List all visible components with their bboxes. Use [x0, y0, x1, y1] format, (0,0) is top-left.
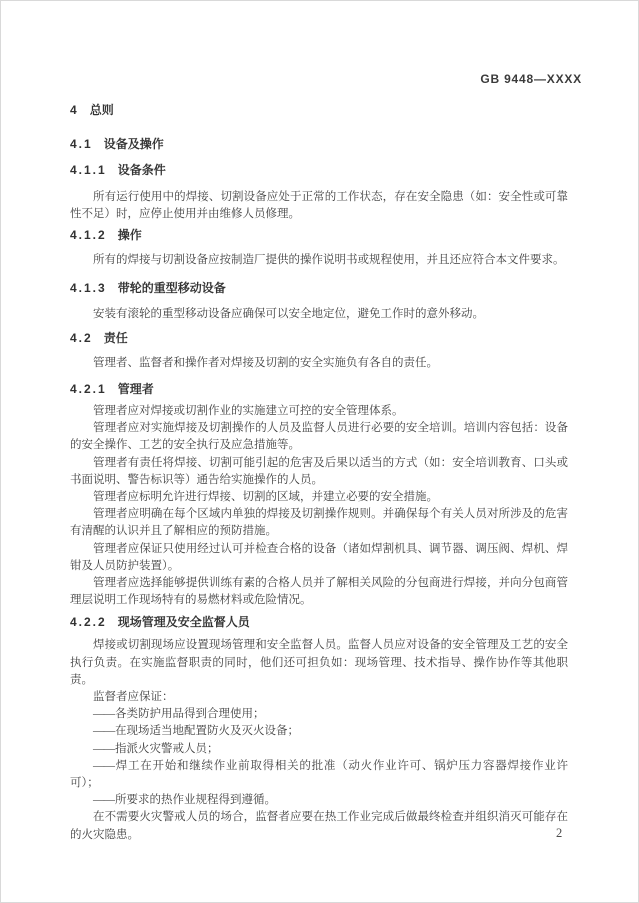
clause-heading-4-2: 4.2责任 — [70, 330, 568, 347]
paragraph: 焊接或切割现场应设置现场管理和安全监督人员。监督人员应对设备的安全管理及工艺的安… — [70, 637, 568, 689]
em-dash: —— — [93, 794, 114, 806]
clause-heading-4-2-2: 4.2.2现场管理及安全监督人员 — [70, 614, 568, 631]
paragraph: 在不需要火灾警戒人员的场合，监督者应要在热工作业完成后做最终检查并组织消灭可能存… — [70, 809, 568, 843]
paragraph: 管理者应明确在每个区域内单独的焊接及切割操作规则。并确保每个有关人员对所涉及的危… — [70, 506, 568, 540]
paragraph: 管理者应对焊接或切割作业的实施建立可控的安全管理体系。 — [70, 403, 568, 420]
clause-title: 设备条件 — [118, 163, 166, 177]
clause-title: 带轮的重型移动设备 — [118, 281, 226, 295]
em-dash: —— — [93, 708, 114, 720]
dash-list-item-text: 各类防护用品得到合理使用； — [115, 708, 265, 720]
clause-title: 操作 — [118, 228, 142, 242]
dash-list-item: ——所要求的热作业规程得到遵循。 — [70, 792, 568, 809]
clause-number: 4.1.2 — [70, 228, 107, 242]
paragraph: 管理者、监督者和操作者对焊接及切割的安全实施负有各自的责任。 — [70, 355, 568, 372]
page-body: 4总则 4.1设备及操作 4.1.1设备条件 所有运行使用中的焊接、切割设备应处… — [70, 0, 568, 844]
clause-title: 总则 — [90, 103, 114, 117]
paragraph: 管理者应保证只使用经过认可并检查合格的设备（诸如焊割机具、调节器、调压阀、焊机、… — [70, 541, 568, 575]
clause-heading-4-1-3: 4.1.3带轮的重型移动设备 — [70, 280, 568, 297]
clause-number: 4.2 — [70, 331, 93, 345]
paragraph: 管理者应标明允许进行焊接、切割的区域，并建立必要的安全措施。 — [70, 489, 568, 506]
dash-list-item-text: 焊工在开始和继续作业前取得相关的批准（动火作业许可、锅炉压力容器焊接作业许可）； — [70, 760, 568, 789]
document-page: GB 9448—XXXX 4总则 4.1设备及操作 4.1.1设备条件 所有运行… — [0, 0, 639, 903]
paragraph: 管理者应对实施焊接及切割操作的人员及监督人员进行必要的安全培训。培训内容包括：设… — [70, 420, 568, 454]
clause-title: 现场管理及安全监督人员 — [118, 615, 250, 629]
paragraph: 管理者有责任将焊接、切割可能引起的危害及后果以适当的方式（如：安全培训教育、口头… — [70, 455, 568, 489]
paragraph: 所有运行使用中的焊接、切割设备应处于正常的工作状态，存在安全隐患（如：安全性或可… — [70, 189, 568, 223]
clause-title: 设备及操作 — [104, 137, 164, 151]
clause-number: 4.2.2 — [70, 615, 107, 629]
page-number: 2 — [556, 826, 562, 841]
clause-title: 管理者 — [118, 382, 154, 396]
paragraph: 监督者应保证： — [70, 689, 568, 706]
em-dash: —— — [93, 743, 114, 755]
dash-list-item-text: 所要求的热作业规程得到遵循。 — [115, 794, 276, 806]
clause-heading-4-1-1: 4.1.1设备条件 — [70, 162, 568, 179]
clause-number: 4.1.1 — [70, 163, 107, 177]
clause-number: 4.1 — [70, 137, 93, 151]
em-dash: —— — [93, 760, 114, 772]
paragraph: 所有的焊接与切割设备应按制造厂提供的操作说明书或规程使用，并且还应符合本文件要求… — [70, 252, 568, 269]
clause-heading-4-1-2: 4.1.2操作 — [70, 227, 568, 244]
dash-list-item: ——指派火灾警戒人员； — [70, 741, 568, 758]
clause-title: 责任 — [104, 331, 128, 345]
paragraph: 安装有滚轮的重型移动设备应确保可以安全地定位，避免工作时的意外移动。 — [70, 306, 568, 323]
paragraph: 管理者应选择能够提供训练有素的合格人员并了解相关风险的分包商进行焊接，并向分包商… — [70, 575, 568, 609]
em-dash: —— — [93, 725, 114, 737]
dash-list-item: ——各类防护用品得到合理使用； — [70, 706, 568, 723]
dash-list-item: ——在现场适当地配置防火及灭火设备； — [70, 723, 568, 740]
dash-list-item-text: 在现场适当地配置防火及灭火设备； — [115, 725, 299, 737]
clause-number: 4 — [70, 103, 79, 117]
clause-heading-4-1: 4.1设备及操作 — [70, 136, 568, 153]
clause-number: 4.1.3 — [70, 281, 107, 295]
clause-heading-4-2-1: 4.2.1管理者 — [70, 381, 568, 398]
dash-list-item-text: 指派火灾警戒人员； — [115, 743, 219, 755]
clause-number: 4.2.1 — [70, 382, 107, 396]
clause-heading-4: 4总则 — [70, 102, 568, 119]
dash-list-item: ——焊工在开始和继续作业前取得相关的批准（动火作业许可、锅炉压力容器焊接作业许可… — [70, 758, 568, 792]
